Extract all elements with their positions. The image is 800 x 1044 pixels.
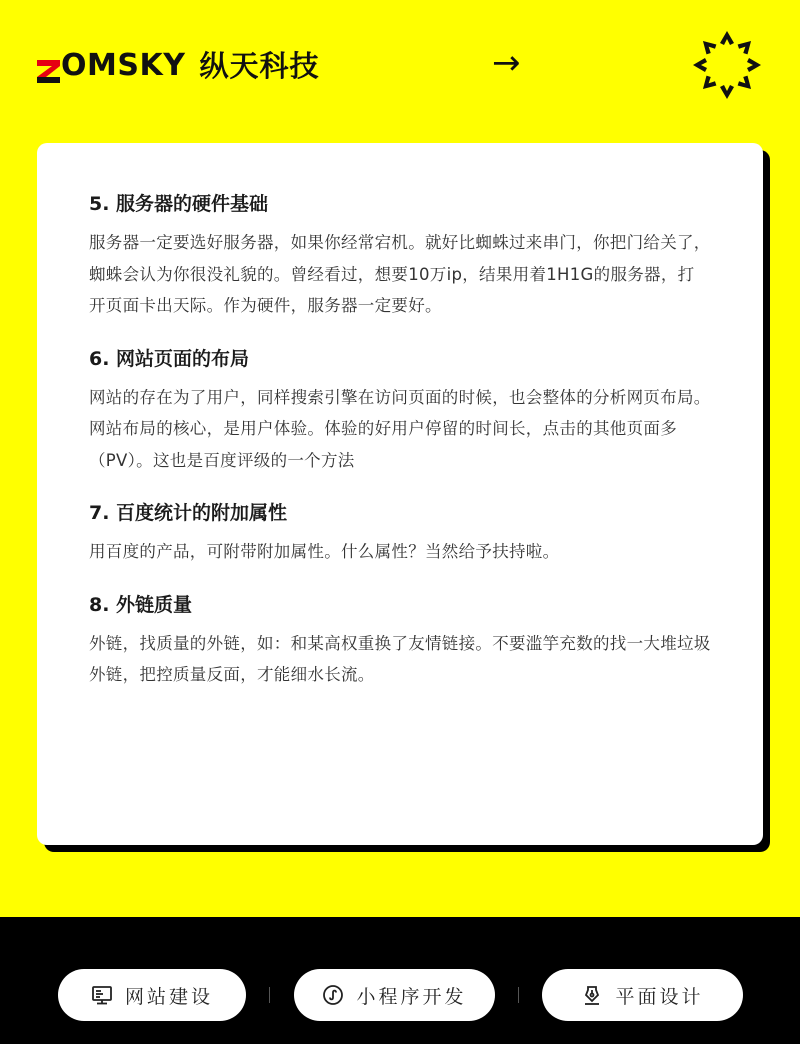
section-body: 用百度的产品，可附带附加属性。什么属性？当然给予扶持啦。 — [89, 536, 711, 568]
section-backlink-quality: 8. 外链质量 外链，找质量的外链，如：和某高权重换了友情链接。不要滥竽充数的找… — [89, 592, 711, 691]
button-label: 小程序开发 — [356, 982, 466, 1009]
section-title: 8. 外链质量 — [89, 592, 711, 618]
brand-name-en: OMSKY — [61, 47, 185, 85]
mini-program-icon — [322, 984, 344, 1006]
separator — [269, 987, 270, 1003]
section-body: 外链，找质量的外链，如：和某高权重换了友情链接。不要滥竽充数的找一大堆垃圾外链，… — [89, 628, 711, 691]
brand-logo-en: OMSKY — [37, 47, 185, 85]
brand-logo[interactable]: OMSKY 纵天科技 — [37, 47, 319, 85]
pen-nib-icon — [581, 984, 603, 1006]
section-title: 7. 百度统计的附加属性 — [89, 500, 711, 526]
logo-z-mark — [37, 55, 60, 78]
header: OMSKY 纵天科技 → — [0, 0, 800, 135]
website-build-button[interactable]: 网站建设 — [58, 969, 246, 1021]
section-title: 6. 网站页面的布局 — [89, 346, 711, 372]
section-page-layout: 6. 网站页面的布局 网站的存在为了用户，同样搜索引擎在访问页面的时候，也会整体… — [89, 346, 711, 477]
monitor-icon — [91, 984, 113, 1006]
content-card: 5. 服务器的硬件基础 服务器一定要选好服务器，如果你经常宕机。就好比蜘蛛过来串… — [37, 143, 763, 845]
section-body: 服务器一定要选好服务器，如果你经常宕机。就好比蜘蛛过来串门，你把门给关了，蜘蛛会… — [89, 227, 711, 322]
brand-name-cn: 纵天科技 — [199, 47, 319, 85]
separator — [518, 987, 519, 1003]
button-label: 平面设计 — [615, 982, 703, 1009]
section-baidu-stats: 7. 百度统计的附加属性 用百度的产品，可附带附加属性。什么属性？当然给予扶持啦… — [89, 500, 711, 568]
graphic-design-button[interactable]: 平面设计 — [542, 969, 743, 1021]
footer: 网站建设 小程序开发 平面设计 — [0, 917, 800, 1044]
section-body: 网站的存在为了用户，同样搜索引擎在访问页面的时候，也会整体的分析网页布局。网站布… — [89, 382, 711, 477]
section-title: 5. 服务器的硬件基础 — [89, 191, 711, 217]
sunburst-icon — [688, 26, 766, 104]
section-server-hardware: 5. 服务器的硬件基础 服务器一定要选好服务器，如果你经常宕机。就好比蜘蛛过来串… — [89, 191, 711, 322]
button-label: 网站建设 — [125, 982, 213, 1009]
arrow-right-icon: → — [492, 46, 521, 80]
mini-program-button[interactable]: 小程序开发 — [294, 969, 495, 1021]
